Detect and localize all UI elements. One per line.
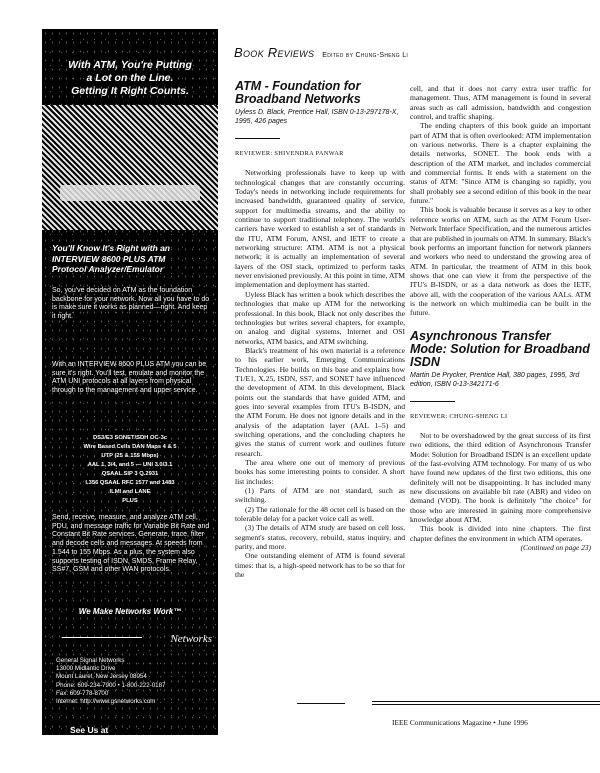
footer-rule-double — [372, 701, 600, 705]
ad-tagline: We Make Networks Work™ — [42, 607, 218, 616]
paragraph: (2) The rationale for the 48 octet cell … — [235, 505, 405, 524]
review1-meta: Uyless D. Black, Prentice Hall, ISBN 0-1… — [235, 108, 405, 126]
column-left: ATM - Foundation for Broadband Networks … — [235, 80, 405, 579]
advertisement: With ATM, You're Putting a Lot on the Li… — [42, 29, 218, 735]
column-right: cell, and that it does not carry extra u… — [410, 84, 591, 552]
continued-note: (Continued on page 23) — [410, 543, 591, 552]
ad-company-logo: Networks — [102, 633, 212, 659]
paragraph: (1) Parts of ATM are not standard, such … — [235, 486, 405, 505]
paragraph: The ending chapters of this book guide a… — [410, 121, 591, 205]
divider — [410, 401, 455, 402]
review1-reviewer: Reviewer: Shivendra Panwar — [235, 149, 405, 158]
paragraph: The area where one out of memory of prev… — [235, 458, 405, 486]
paragraph: Networking professionals have to keep up… — [235, 168, 405, 289]
ad-subheadline: You'll Know It's Right with an INTERVIEW… — [52, 243, 212, 275]
section-header: Book Reviews Edited by Chung-Sheng Li — [234, 45, 408, 60]
paragraph: This book is divided into nine chapters.… — [410, 524, 591, 543]
divider — [235, 138, 280, 139]
footer-rule-short — [297, 703, 345, 704]
paragraph: Black's treatment of his own material is… — [235, 346, 405, 458]
ad-body-intro: So, you've decided on ATM as the foundat… — [52, 287, 212, 322]
ad-headline: With ATM, You're Putting a Lot on the Li… — [42, 59, 218, 98]
section-title: Book Reviews — [234, 45, 314, 60]
paragraph: Uyless Black has written a book which de… — [235, 290, 405, 346]
ad-spec-list: DS3/E3 SONET/SDH OC-3c Wire Based Cells … — [46, 434, 214, 506]
paragraph: This book is valuable because it serves … — [410, 205, 591, 317]
review2-title: Asynchronous Transfer Mode: Solution for… — [410, 330, 591, 369]
ad-body-features: Send, receive, measure, and analyze ATM … — [52, 514, 212, 575]
paragraph: (3) The details of ATM study are based o… — [235, 523, 405, 551]
review2-reviewer: Reviewer: Chung-Sheng Li — [410, 412, 591, 421]
section-editor: Edited by Chung-Sheng Li — [322, 52, 408, 59]
ad-photo — [42, 105, 218, 230]
paragraph: One outstanding element of ATM is found … — [235, 551, 405, 579]
ad-body-product: With an INTERVIEW 8600 PLUS ATM you can … — [52, 361, 212, 396]
review1-title: ATM - Foundation for Broadband Networks — [235, 80, 405, 106]
ad-see-us: See Us at — [70, 725, 108, 735]
paragraph: Not to be overshadowed by the great succ… — [410, 431, 591, 524]
review2-meta: Martin De Prycker, Prentice Hall, 380 pa… — [410, 371, 591, 389]
page-footer: IEEE Communications Magazine • June 1996 — [392, 718, 528, 727]
ad-contact-info: General Signal Networks 13000 Midlantic … — [56, 657, 216, 706]
paragraph: cell, and that it does not carry extra u… — [410, 84, 591, 121]
